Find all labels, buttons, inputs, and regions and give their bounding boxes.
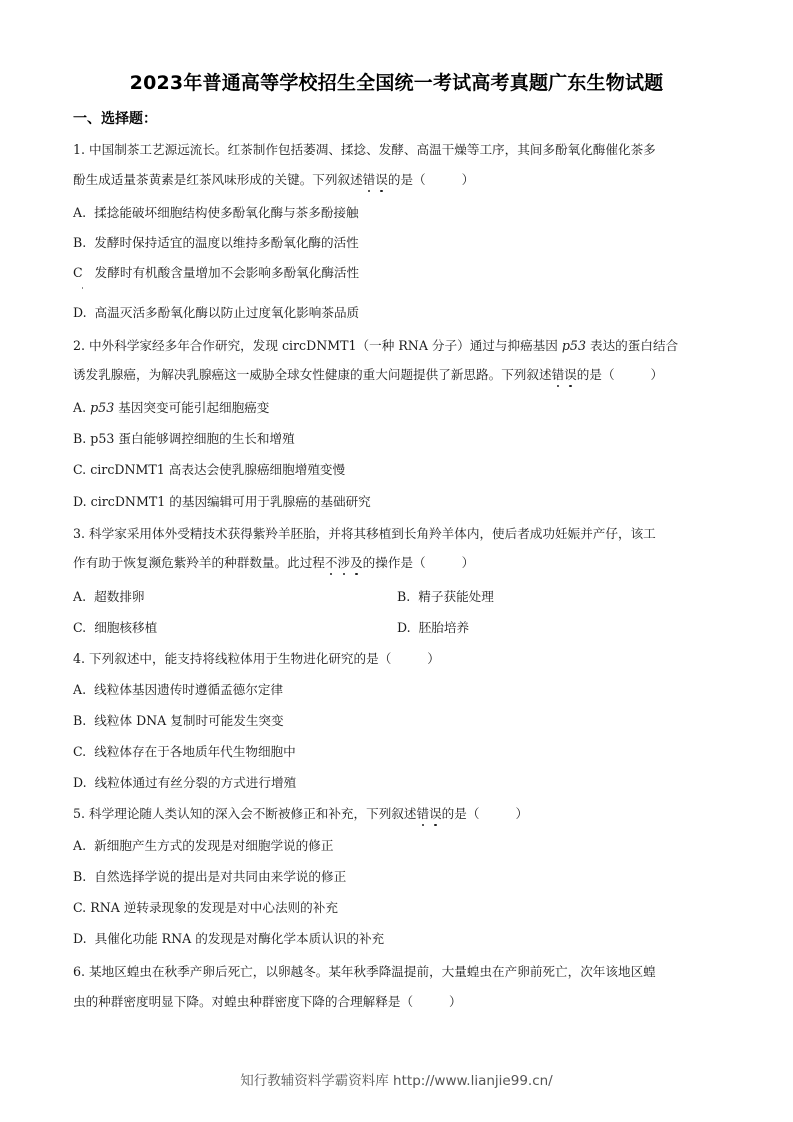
question-1-stem-line-2: 酚生成适量茶黄素是红茶风味形成的关键。下列叙述错误的是（） [73,172,723,188]
option-label: D. [397,620,411,635]
option-text: 基因突变可能引起细胞癌变 [118,400,269,415]
question-3-stem-line-1: 3. 科学家采用体外受精技术获得紫羚羊胚胎，并将其移植到长角羚羊体内，使后者成功… [73,526,723,542]
question-3-option-a: A. 超数排卵 [73,589,145,605]
option-label: C. [73,744,86,759]
question-1-stem-line-1: 1. 中国制茶工艺源远流长。红茶制作包括萎凋、揉捻、发酵、高温干燥等工序，其间多… [73,142,723,158]
emphasis-char: 错 [552,367,565,382]
stem-text: 科学家采用体外受精技术获得紫羚羊胚胎，并将其移植到长角羚羊体内，使后者成功妊娠并… [89,526,656,541]
stem-text: 的是（ [442,806,480,821]
question-5-stem-line-1: 5. 科学理论随人类认知的深入会不断被修正和补充，下列叙述错误的是（） [73,806,723,822]
question-6-stem-line-1: 6. 某地区蝗虫在秋季产卵后死亡，以卵越冬。某年秋季降温提前，大量蝗虫在产卵前死… [73,964,723,980]
stem-text: 作有助于恢复濒危紫羚羊的种群数量。此过程 [73,555,325,570]
question-5-option-d: D. 具催化功能 RNA 的发现是对酶化学本质认识的补充 [73,931,384,947]
option-label: B. [73,869,86,884]
stray-mark [82,287,83,289]
option-text: 具催化功能 RNA 的发现是对酶化学本质认识的补充 [95,931,384,946]
document-title: 2023年普通高等学校招生全国统一考试高考真题广东生物试题 [0,68,793,95]
question-3-option-d: D. 胚胎培养 [397,620,469,636]
option-text: 新细胞产生方式的发现是对细胞学说的修正 [94,838,333,853]
emphasis-char: 误 [429,806,442,821]
option-text: 发酵时有机酸含量增加不会影响多酚氧化酶活性 [95,265,359,280]
question-number: 6. [73,964,85,979]
paren-close: ） [449,994,462,1009]
question-number: 5. [73,806,85,821]
option-label: C. [73,900,86,915]
option-text: 精子获能处理 [418,589,494,604]
question-2-option-c: C. circDNMT1 高表达会使乳腺癌细胞增殖变慢 [73,462,345,478]
question-1-option-c: C 发酵时有机酸含量增加不会影响多酚氧化酶活性 [73,265,359,281]
question-5-option-a: A. 新细胞产生方式的发现是对细胞学说的修正 [73,838,333,854]
stem-text: 虫的种群密度明显下降。对蝗虫种群密度下降的合理解释是（ [73,994,413,1009]
question-3-stem-line-2: 作有助于恢复濒危紫羚羊的种群数量。此过程不涉及的操作是（） [73,555,723,571]
question-number: 3. [73,526,85,541]
emphasis-char: 不 [325,555,338,570]
question-2-option-a: A. p53 基因突变可能引起细胞癌变 [73,400,269,416]
question-4-option-c: C. 线粒体存在于各地质年代生物细胞中 [73,744,296,760]
stem-text: 诱发乳腺癌，为解决乳腺癌这一威胁全球女性健康的重大问题提供了新思路。下列叙述 [73,367,552,382]
question-5-option-c: C. RNA 逆转录现象的发现是对中心法则的补充 [73,900,338,916]
paren-close: ） [651,367,664,382]
question-5-option-b: B. 自然选择学说的提出是对共同由来学说的修正 [73,869,346,885]
option-label: C. [73,620,86,635]
question-4-option-b: B. 线粒体 DNA 复制时可能发生突变 [73,713,284,729]
option-label: B. [397,589,410,604]
emphasis-char: 及 [350,555,363,570]
paren-close: ） [462,172,475,187]
option-label: B. [73,713,86,728]
stem-text: 的是（ [388,172,426,187]
option-text: 发酵时保持适宜的温度以维持多酚氧化酶的活性 [94,235,358,250]
stem-text: 中国制茶工艺源远流长。红茶制作包括萎凋、揉捻、发酵、高温干燥等工序，其间多酚氧化… [89,142,656,157]
question-2-stem-line-1: 2. 中外科学家经多年合作研究，发现 circDNMT1（一种 RNA 分子）通… [73,338,723,354]
option-label: A. [73,682,86,697]
option-label: A. [73,589,86,604]
paren-close: ） [427,651,440,666]
question-3-option-c: C. 细胞核移植 [73,620,157,636]
option-text: 细胞核移植 [94,620,157,635]
stem-text: 的操作是（ [363,555,426,570]
option-text: 线粒体通过有丝分裂的方式进行增殖 [95,775,297,790]
stem-text: 科学理论随人类认知的深入会不断被修正和补充，下列叙述 [89,806,416,821]
option-label: D. [73,931,87,946]
option-text: RNA 逆转录现象的发现是对中心法则的补充 [90,900,338,915]
option-text: 自然选择学说的提出是对共同由来学说的修正 [94,869,346,884]
question-1-option-d: D. 高温灭活多酚氧化酶以防止过度氧化影响茶品质 [73,305,359,321]
question-2-option-d: D. circDNMT1 的基因编辑可用于乳腺癌的基础研究 [73,494,371,510]
option-label: A. [73,400,86,415]
option-text: 超数排卵 [94,589,144,604]
option-label: D. [73,775,87,790]
question-6-stem-line-2: 虫的种群密度明显下降。对蝗虫种群密度下降的合理解释是（） [73,994,723,1010]
stem-text: 中外科学家经多年合作研究，发现 circDNMT1（一种 RNA 分子）通过与抑… [89,338,558,353]
option-label: C [73,265,83,280]
stem-text: 酚生成适量茶黄素是红茶风味形成的关键。下列叙述 [73,172,363,187]
question-2-stem-line-2: 诱发乳腺癌，为解决乳腺癌这一威胁全球女性健康的重大问题提供了新思路。下列叙述错误… [73,367,723,383]
question-number: 2. [73,338,85,353]
option-text: p53 蛋白能够调控细胞的生长和增殖 [90,431,294,446]
question-2-option-b: B. p53 蛋白能够调控细胞的生长和增殖 [73,431,295,447]
stem-text: 某地区蝗虫在秋季产卵后死亡，以卵越冬。某年秋季降温提前，大量蝗虫在产卵前死亡，次… [89,964,656,979]
paren-close: ） [462,555,475,570]
option-text: 揉捻能破坏细胞结构使多酚氧化酶与茶多酚接触 [94,205,358,220]
option-text: 线粒体存在于各地质年代生物细胞中 [94,744,296,759]
exam-page: 2023年普通高等学校招生全国统一考试高考真题广东生物试题 一、选择题： 1. … [0,0,793,1122]
option-label: A. [73,838,86,853]
emphasis-char: 误 [375,172,388,187]
stem-text: 的是（ [577,367,615,382]
option-text: 线粒体基因遗传时遵循孟德尔定律 [94,682,283,697]
section-heading: 一、选择题： [73,108,157,128]
question-1-option-a: A. 揉捻能破坏细胞结构使多酚氧化酶与茶多酚接触 [73,205,359,221]
question-4-stem-line-1: 4. 下列叙述中，能支持将线粒体用于生物进化研究的是（） [73,651,723,667]
option-label: B. [73,431,86,446]
paren-close: ） [515,806,528,821]
option-label: C. [73,462,86,477]
option-label: D. [73,305,87,320]
question-number: 1. [73,142,85,157]
option-text: 线粒体 DNA 复制时可能发生突变 [94,713,283,728]
question-1-option-b: B. 发酵时保持适宜的温度以维持多酚氧化酶的活性 [73,235,359,251]
question-3-option-b: B. 精子获能处理 [397,589,494,605]
option-text: 胚胎培养 [419,620,469,635]
question-number: 4. [73,651,85,666]
option-text: circDNMT1 高表达会使乳腺癌细胞增殖变慢 [90,462,345,477]
emphasis-char: 错 [363,172,376,187]
option-text: circDNMT1 的基因编辑可用于乳腺癌的基础研究 [91,494,371,509]
option-label: B. [73,235,86,250]
emphasis-char: 错 [416,806,429,821]
stem-text: 表达的蛋白结合 [590,338,678,353]
gene-name: p53 [562,338,586,353]
option-text: 高温灭活多酚氧化酶以防止过度氧化影响茶品质 [95,305,359,320]
emphasis-char: 误 [564,367,577,382]
option-label: A. [73,205,86,220]
question-4-option-d: D. 线粒体通过有丝分裂的方式进行增殖 [73,775,296,791]
gene-name: p53 [90,400,114,415]
question-4-option-a: A. 线粒体基因遗传时遵循孟德尔定律 [73,682,283,698]
emphasis-char: 涉 [337,555,350,570]
watermark-footer: 知行教辅资料学霸资料库 http://www.lianjie99.cn/ [0,1069,793,1089]
option-label: D. [73,494,87,509]
stem-text: 下列叙述中，能支持将线粒体用于生物进化研究的是（ [89,651,391,666]
